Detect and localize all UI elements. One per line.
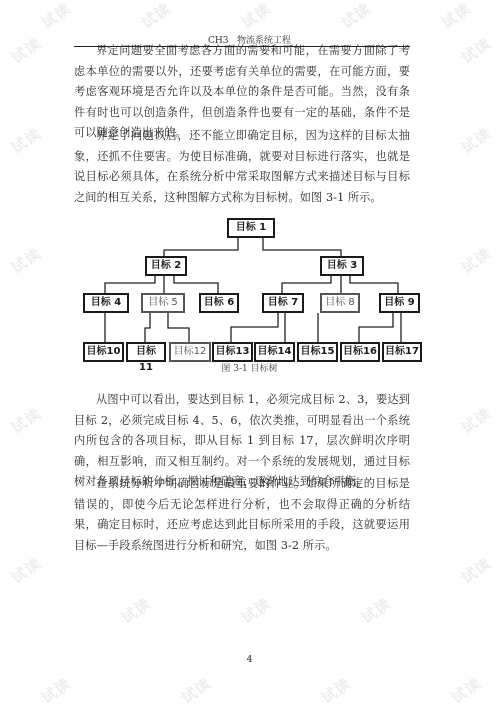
goal-node-10: 目标10 (83, 342, 124, 362)
goal-node-6: 目标 6 (199, 293, 239, 313)
goal-node-8: 目标 8 (320, 293, 360, 313)
goal-node-3: 目标 3 (320, 256, 364, 276)
paragraph-4: 在系统分析中明确目标是最重要的作业。如果所确定的目标是错误的，即使今后无论怎样进… (74, 474, 410, 556)
goal-node-16: 目标16 (340, 342, 380, 362)
goal-node-1: 目标 1 (227, 218, 275, 238)
goal-node-15: 目标15 (297, 342, 338, 362)
goal-node-12: 目标12 (169, 342, 211, 362)
figure-caption: 图 3-1 目标树 (0, 361, 499, 374)
goal-node-2: 目标 2 (145, 256, 187, 276)
goal-node-4: 目标 4 (83, 293, 129, 313)
goal-node-13: 目标13 (212, 342, 253, 362)
goal-node-9: 目标 9 (379, 293, 420, 313)
goal-node-7: 目标 7 (262, 293, 304, 313)
goal-tree-diagram: 目标 1 目标 2 目标 3 目标 4 目标 5 目标 6 目标 7 目标 8 … (0, 0, 499, 706)
page-number: 4 (0, 655, 499, 665)
goal-node-14: 目标14 (254, 342, 295, 362)
goal-node-17: 目标17 (382, 342, 422, 362)
goal-node-5: 目标 5 (141, 293, 185, 313)
goal-node-11: 目标 11 (126, 342, 166, 362)
